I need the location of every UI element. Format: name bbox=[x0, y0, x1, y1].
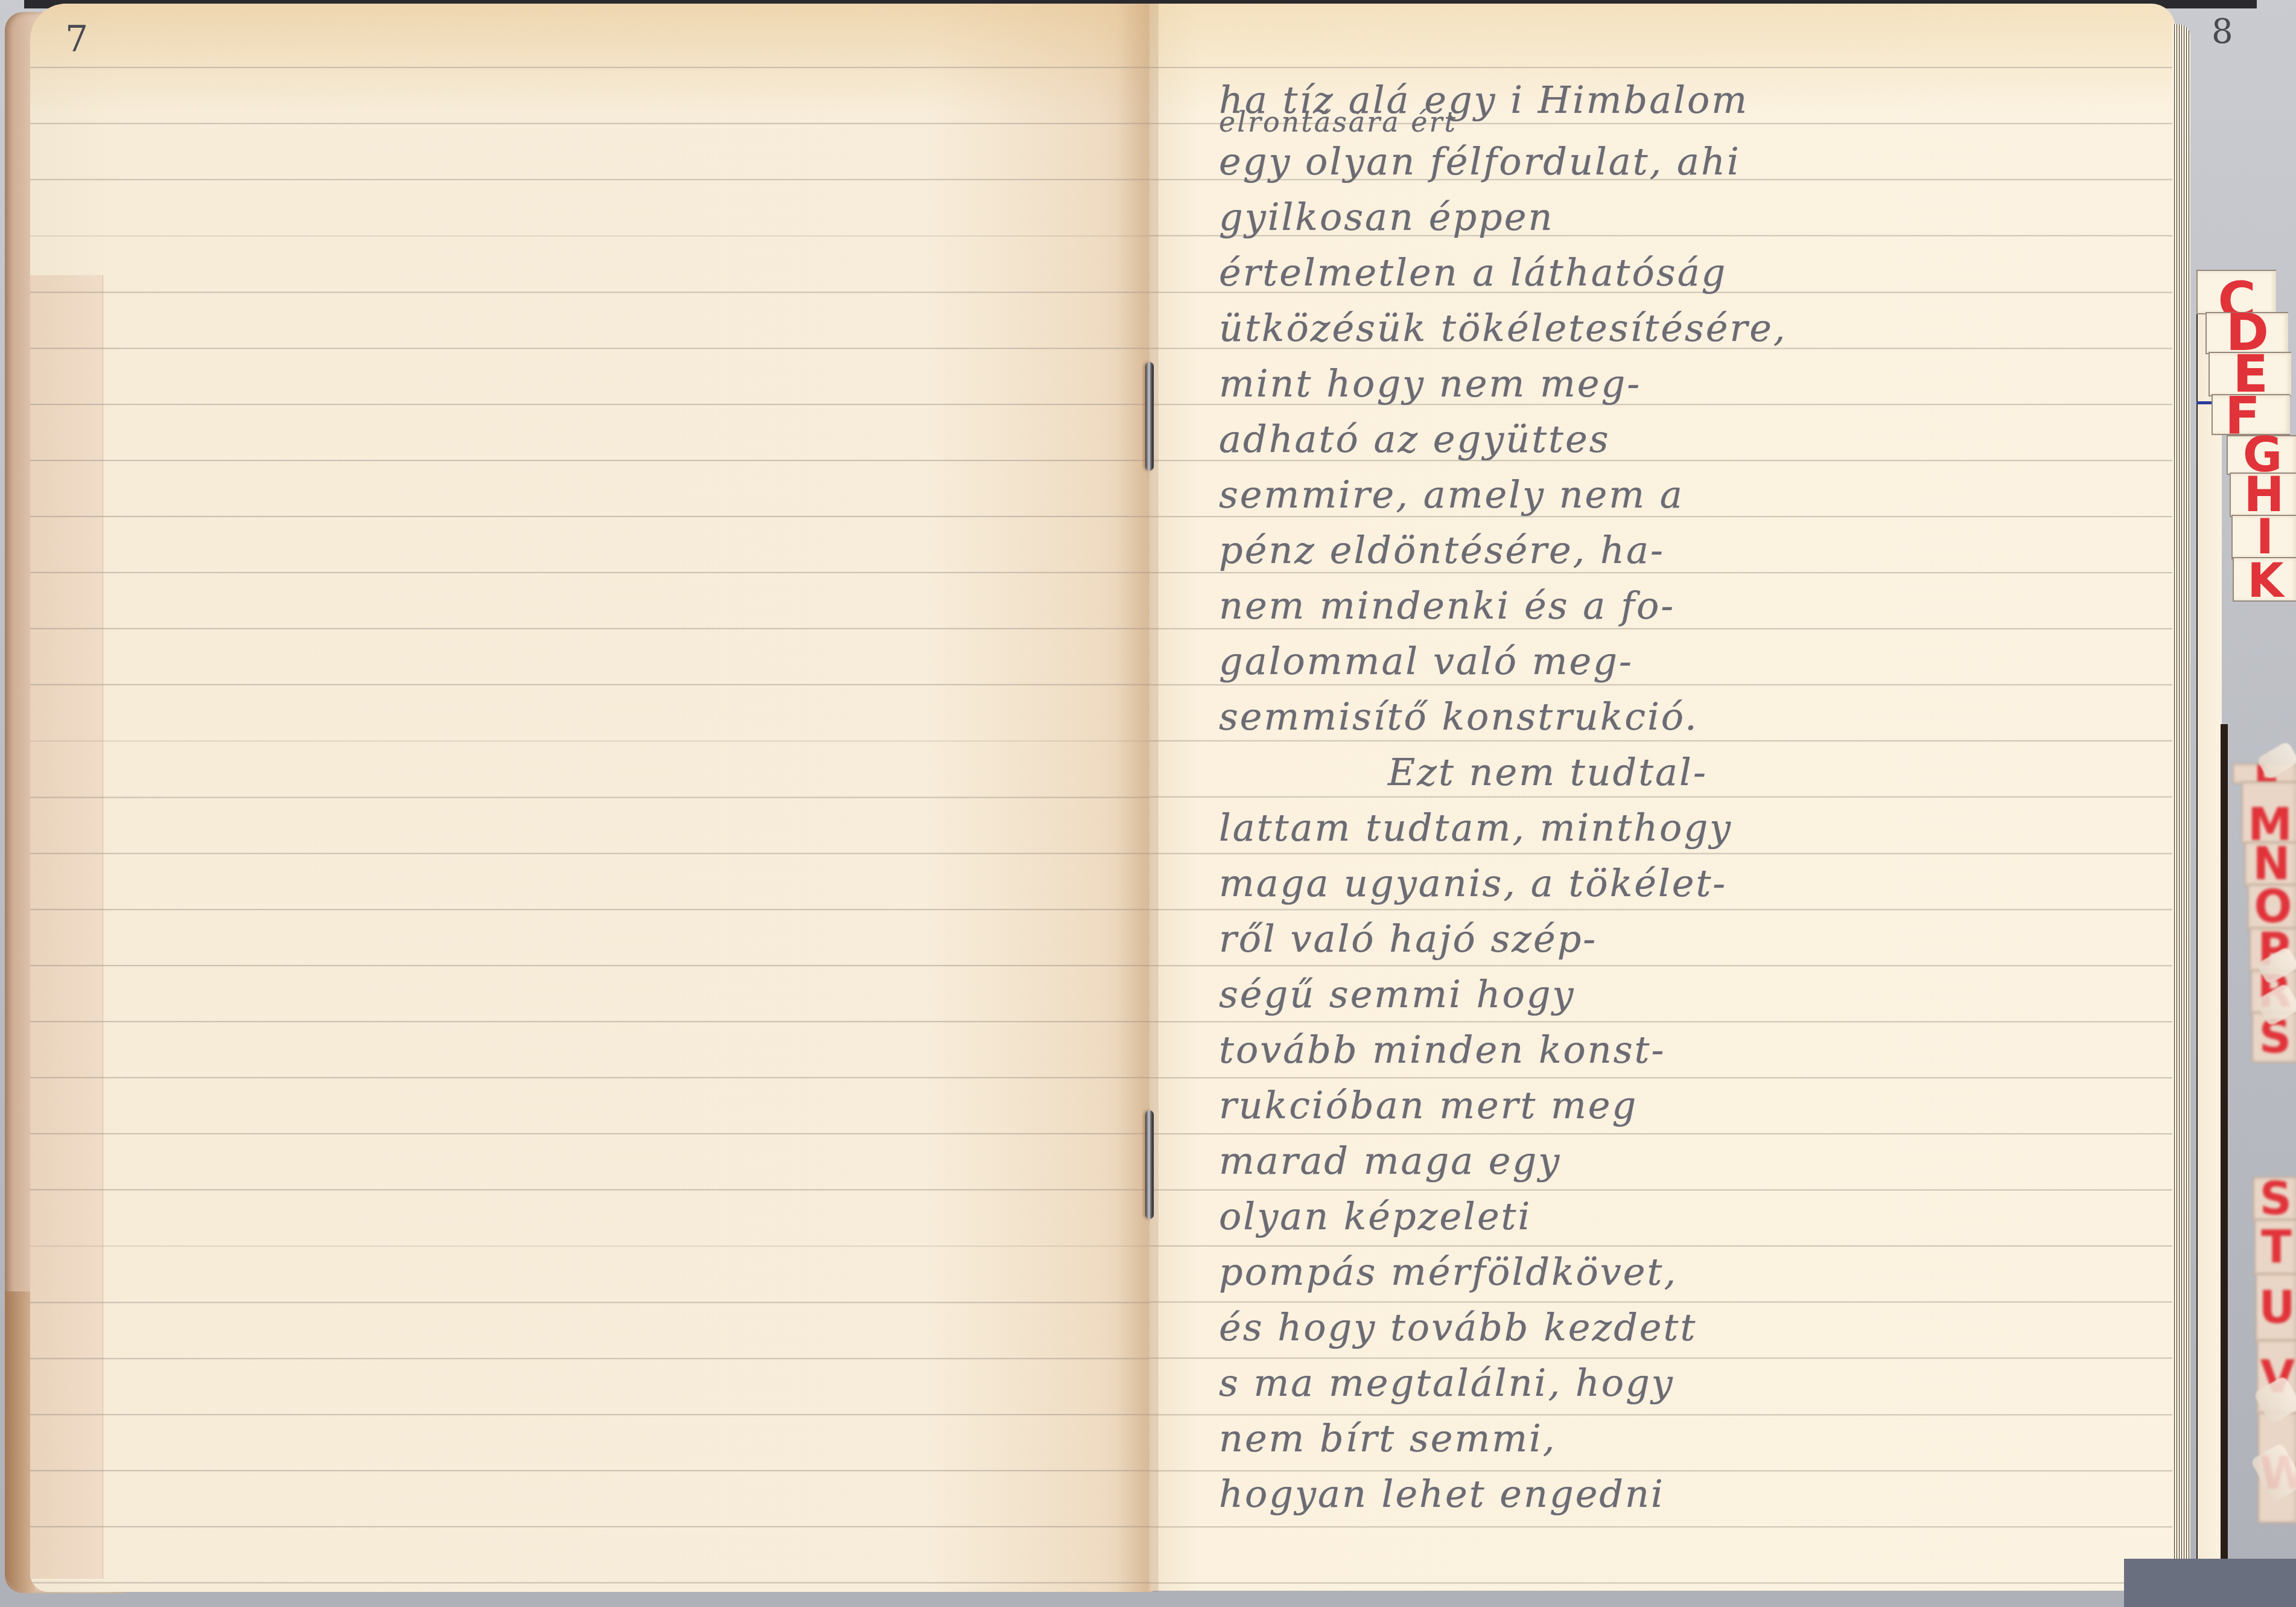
text-line: pénz eldöntésére, ha- bbox=[1219, 523, 2160, 578]
text-line: nem bírt semmi, bbox=[1219, 1411, 2160, 1466]
text-line: tovább minden konst- bbox=[1219, 1022, 2160, 1078]
text-line: ről való hajó szép- bbox=[1219, 911, 2160, 967]
index-tab-k[interactable]: K bbox=[2233, 557, 2296, 602]
back-cover-edge bbox=[2221, 724, 2228, 1593]
text-line: hogyan lehet engedni bbox=[1219, 1466, 2160, 1522]
text-line: rukcióban mert meg bbox=[1219, 1078, 2160, 1133]
text-line: nem mindenki és a fo- bbox=[1219, 578, 2160, 634]
text-line: maga ugyanis, a tökélet- bbox=[1219, 856, 2160, 911]
ruled-lines bbox=[30, 4, 1153, 1592]
index-tab-u[interactable]: U bbox=[2256, 1273, 2296, 1342]
text-line: ségű semmi hogy bbox=[1219, 967, 2160, 1022]
text-line: olyan képzeleti bbox=[1219, 1189, 2160, 1244]
left-page bbox=[30, 4, 1153, 1592]
staple-top bbox=[1145, 362, 1154, 471]
right-page-number: 8 bbox=[2212, 12, 2233, 51]
text-line: s ma megtalálni, hogy bbox=[1219, 1355, 2160, 1411]
handwritten-text: ha tíz alá egy i Himbalom elrontására ér… bbox=[1219, 72, 2160, 1522]
page-stack-edge bbox=[2172, 24, 2190, 1593]
text-line: ütközésük tökéletesítésére, bbox=[1219, 301, 2160, 356]
index-page-edge bbox=[2196, 314, 2222, 1593]
index-tab-o[interactable]: O bbox=[2248, 884, 2296, 930]
index-tab-sz[interactable]: S bbox=[2253, 1177, 2296, 1221]
text-line: pompás mérföldkövet, bbox=[1219, 1244, 2160, 1300]
text-line: egy olyan félfordulat, ahi bbox=[1219, 134, 2160, 189]
text-line: mint hogy nem meg- bbox=[1219, 356, 2160, 412]
scan-background-corner bbox=[2124, 1559, 2296, 1607]
text-line: lattam tudtam, minthogy bbox=[1219, 800, 2160, 856]
text-line: marad maga egy bbox=[1219, 1133, 2160, 1189]
index-tab-i[interactable]: I bbox=[2231, 515, 2296, 559]
text-line: semmire, amely nem a bbox=[1219, 467, 2160, 523]
index-tab-m[interactable]: M bbox=[2242, 781, 2296, 844]
text-line: és hogy tovább kezdett bbox=[1219, 1300, 2160, 1355]
staple-bottom bbox=[1145, 1110, 1154, 1219]
index-tab-t[interactable]: T bbox=[2254, 1219, 2296, 1276]
index-tab-n[interactable]: N bbox=[2245, 842, 2296, 886]
left-page-number: 7 bbox=[65, 18, 88, 60]
text-line: galommal való meg- bbox=[1219, 634, 2160, 689]
text-line: értelmetlen a láthatóság bbox=[1219, 245, 2160, 301]
text-line: semmisítő konstrukció. bbox=[1219, 689, 2160, 745]
text-line: adható az együttes bbox=[1219, 412, 2160, 467]
text-line: gyilkosan éppen bbox=[1219, 189, 2160, 245]
text-line-paragraph-start: Ezt nem tudtal- bbox=[1219, 745, 2160, 800]
